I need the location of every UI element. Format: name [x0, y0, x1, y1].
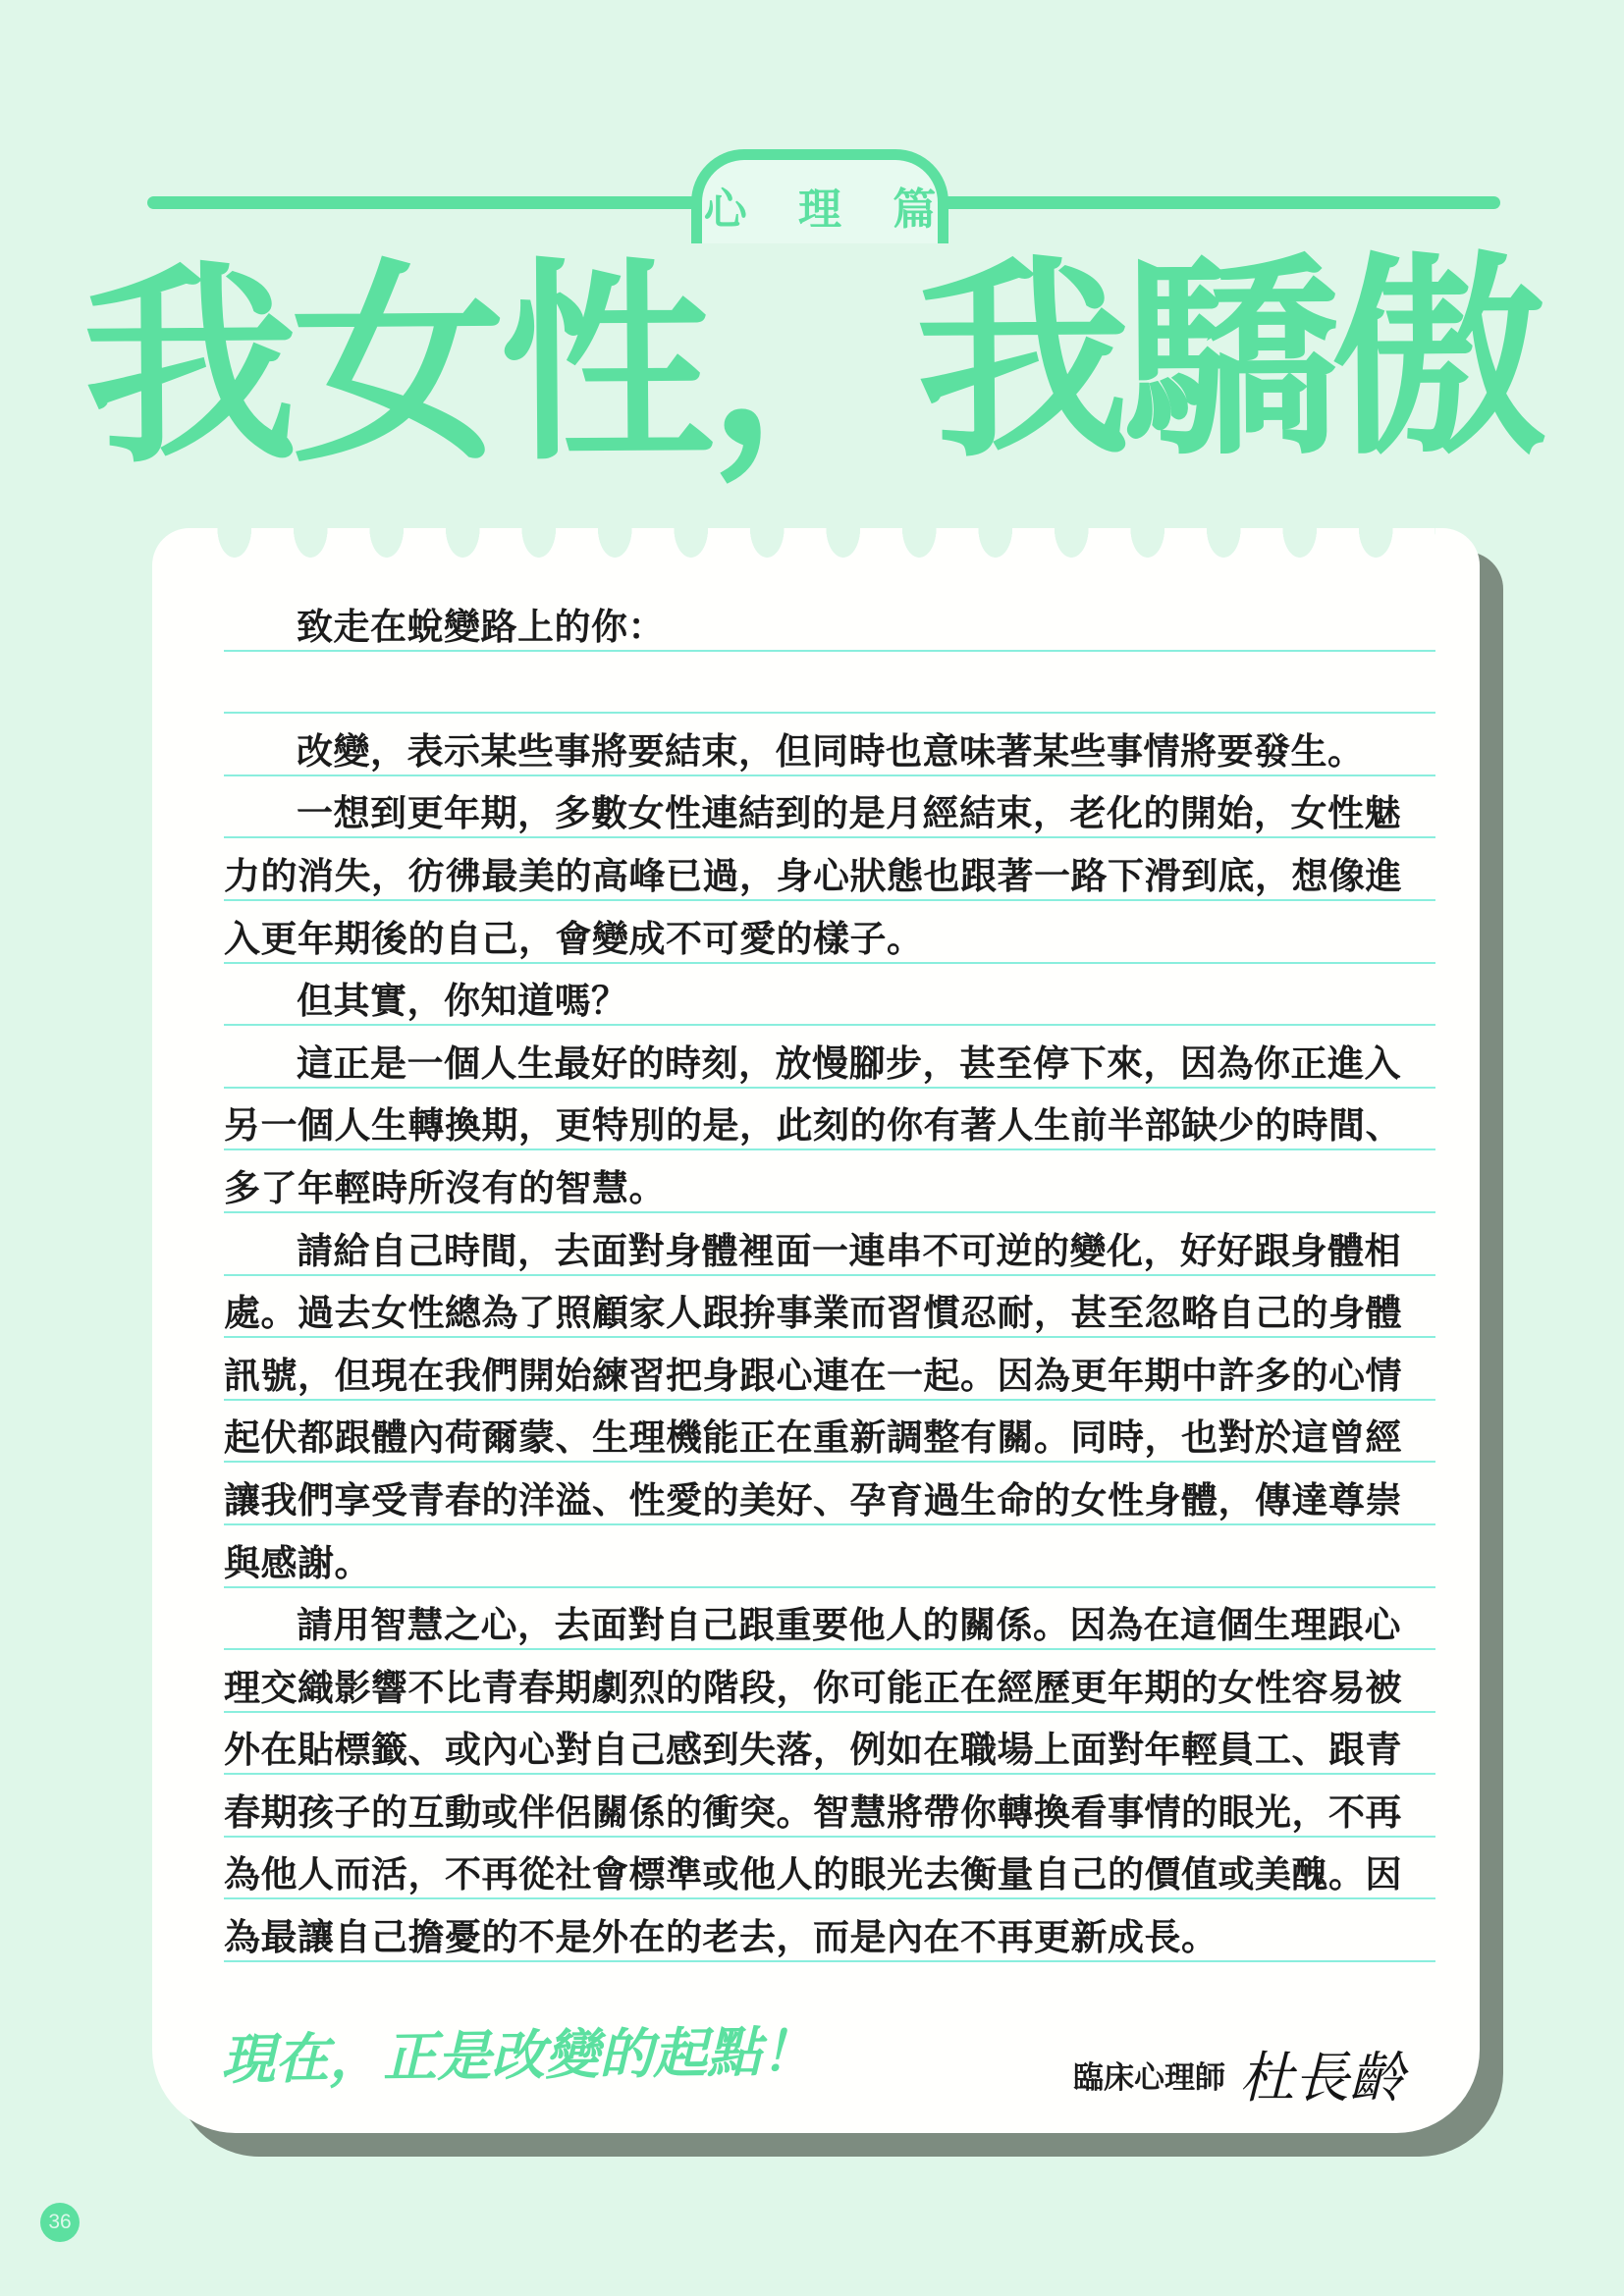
letter-line: 致走在蛻變路上的你：: [224, 589, 1435, 652]
page-number-text: 36: [48, 2211, 71, 2234]
closing-line: 現在，正是改變的起點！: [220, 2008, 815, 2094]
letter-line: 為最讓自己擔憂的不是外在的老去，而是內在不再更新成長。: [224, 1899, 1435, 1962]
letter-line-text: 另一個人生轉換期，更特別的是，此刻的你有著人生前半部缺少的時間、: [224, 1107, 1402, 1144]
letter-line-text: 起伏都跟體內荷爾蒙、生理機能正在重新調整有關。同時，也對於這曾經: [224, 1419, 1402, 1456]
section-badge-label: 心 理 篇: [684, 174, 955, 237]
letter-line-text: 為他人而活，不再從社會標準或他人的眼光去衡量自己的價值或美醜。因: [224, 1856, 1402, 1893]
letter-line: 訊號，但現在我們開始練習把身跟心連在一起。因為更年期中許多的心情: [224, 1338, 1435, 1401]
letter-line-text: 為最讓自己擔憂的不是外在的老去，而是內在不再更新成長。: [224, 1919, 1218, 1955]
letter-line: 與感謝。: [224, 1525, 1435, 1588]
signature: 臨床心理師 杜長齡: [1073, 2035, 1427, 2113]
letter-line: 另一個人生轉換期，更特別的是，此刻的你有著人生前半部缺少的時間、: [224, 1089, 1435, 1151]
letter-line-text: 外在貼標籤、或內心對自己感到失落，例如在職場上面對年輕員工、跟青: [224, 1732, 1402, 1768]
letter-line-text: 請用智慧之心，去面對自己跟重要他人的關係。因為在這個生理跟心: [297, 1607, 1401, 1643]
letter-body: 致走在蛻變路上的你：改變，表示某些事將要結束，但同時也意味著某些事情將要發生。一…: [224, 589, 1435, 1962]
letter-line-text: 理交織影響不比青春期劇烈的階段，你可能正在經歷更年期的女性容易被: [224, 1670, 1402, 1706]
letter-line: 力的消失，彷彿最美的高峰已過，身心狀態也跟著一路下滑到底，想像進: [224, 838, 1435, 901]
signature-title: 臨床心理師: [1073, 2053, 1225, 2097]
page-title: 我女性，我驕傲: [0, 230, 1624, 536]
letter-line: 改變，表示某些事將要結束，但同時也意味著某些事情將要發生。: [224, 714, 1435, 776]
letter-line-text: 入更年期後的自己，會變成不可愛的樣子。: [224, 921, 924, 957]
letter-paper: 致走在蛻變路上的你：改變，表示某些事將要結束，但同時也意味著某些事情將要發生。一…: [152, 528, 1480, 2133]
letter-line: 多了年輕時所沒有的智慧。: [224, 1150, 1435, 1213]
letter-line-text: 這正是一個人生最好的時刻，放慢腳步，甚至停下來，因為你正進入: [297, 1045, 1401, 1082]
letter-line-text: 春期孩子的互動或伴侶關係的衝突。智慧將帶你轉換看事情的眼光，不再: [224, 1794, 1402, 1831]
letter-line-text: 處。過去女性總為了照顧家人跟拚事業而習慣忍耐，甚至忽略自己的身體: [224, 1295, 1402, 1331]
letter-line: 處。過去女性總為了照顧家人跟拚事業而習慣忍耐，甚至忽略自己的身體: [224, 1276, 1435, 1339]
letter-line-text: 但其實，你知道嗎？: [297, 983, 628, 1019]
letter-line-text: 訊號，但現在我們開始練習把身跟心連在一起。因為更年期中許多的心情: [224, 1358, 1402, 1394]
letter-line: 這正是一個人生最好的時刻，放慢腳步，甚至停下來，因為你正進入: [224, 1026, 1435, 1089]
letter-line-text: 與感謝。: [224, 1545, 371, 1581]
letter-line-text: 致走在蛻變路上的你：: [297, 609, 665, 645]
letter-line-text: 讓我們享受青春的洋溢、性愛的美好、孕育過生命的女性身體，傳達尊崇: [224, 1482, 1402, 1519]
letter-line-text: 改變，表示某些事將要結束，但同時也意味著某些事情將要發生。: [297, 733, 1365, 770]
letter-line: 請用智慧之心，去面對自己跟重要他人的關係。因為在這個生理跟心: [224, 1588, 1435, 1651]
letter-line: 讓我們享受青春的洋溢、性愛的美好、孕育過生命的女性身體，傳達尊崇: [224, 1463, 1435, 1525]
letter-line: 一想到更年期，多數女性連結到的是月經結束，老化的開始，女性魅: [224, 776, 1435, 839]
letter-line: [224, 652, 1435, 715]
letter-line-text: 力的消失，彷彿最美的高峰已過，身心狀態也跟著一路下滑到底，想像進: [224, 858, 1402, 894]
letter-line: 外在貼標籤、或內心對自己感到失落，例如在職場上面對年輕員工、跟青: [224, 1713, 1435, 1776]
letter-line: 理交織影響不比青春期劇烈的階段，你可能正在經歷更年期的女性容易被: [224, 1650, 1435, 1713]
booklet-page: 心 理 篇 我女性，我驕傲 致走在蛻變路上的你：改變，表示某些事將要結束，但同時…: [0, 0, 1624, 2296]
letter-line: 為他人而活，不再從社會標準或他人的眼光去衡量自己的價值或美醜。因: [224, 1838, 1435, 1900]
signature-name: 杜長齡: [1239, 2035, 1404, 2113]
letter-line: 春期孩子的互動或伴侶關係的衝突。智慧將帶你轉換看事情的眼光，不再: [224, 1775, 1435, 1838]
letter-line: 起伏都跟體內荷爾蒙、生理機能正在重新調整有關。同時，也對於這曾經: [224, 1401, 1435, 1464]
letter-line: 入更年期後的自己，會變成不可愛的樣子。: [224, 901, 1435, 964]
section-badge: 心 理 篇: [691, 149, 948, 243]
torn-paper-edge: [196, 528, 1435, 561]
letter-line-text: 多了年輕時所沒有的智慧。: [224, 1170, 666, 1206]
letter-line-text: 請給自己時間，去面對身體裡面一連串不可逆的變化，好好跟身體相: [297, 1233, 1401, 1269]
letter-line: 但其實，你知道嗎？: [224, 964, 1435, 1027]
letter-line-text: 一想到更年期，多數女性連結到的是月經結束，老化的開始，女性魅: [297, 795, 1401, 831]
letter-line: 請給自己時間，去面對身體裡面一連串不可逆的變化，好好跟身體相: [224, 1213, 1435, 1276]
page-number-badge: 36: [40, 2203, 80, 2242]
